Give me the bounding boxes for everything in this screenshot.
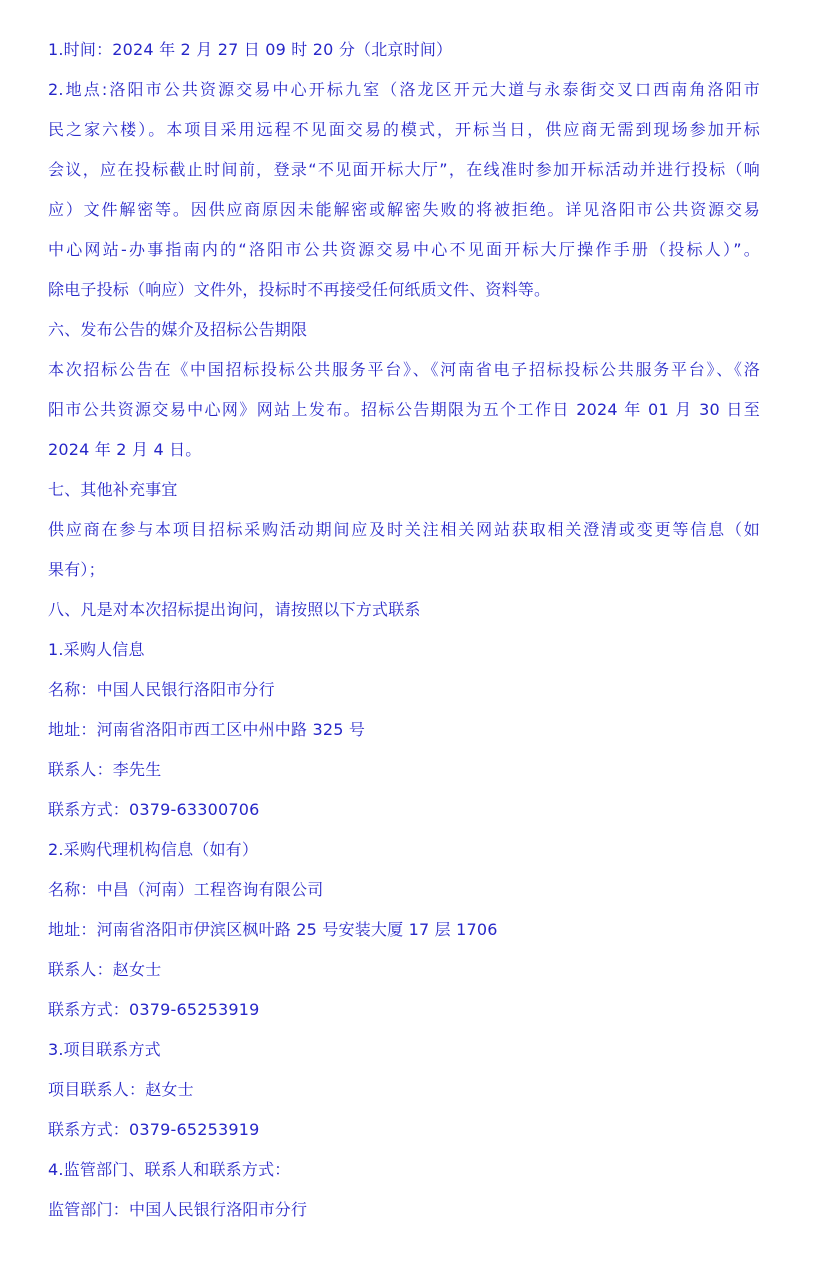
supervision-department: 监管部门：中国人民银行洛阳市分行 xyxy=(48,1190,760,1230)
section-heading-eight: 八、凡是对本次招标提出询问，请按照以下方式联系 xyxy=(48,590,760,630)
paragraph-line: 果有）； xyxy=(48,550,760,590)
project-contact-person: 项目联系人：赵女士 xyxy=(48,1070,760,1110)
document-body: 1.时间：2024 年 2 月 27 日 09 时 20 分（北京时间） 2.地… xyxy=(48,30,760,1230)
subheading-agency-info: 2.采购代理机构信息（如有） xyxy=(48,830,760,870)
purchaser-contact-person: 联系人：李先生 xyxy=(48,750,760,790)
purchaser-address: 地址：河南省洛阳市西工区中州中路 325 号 xyxy=(48,710,760,750)
subheading-project-contact: 3.项目联系方式 xyxy=(48,1030,760,1070)
paragraph-line: 应）文件解密等。因供应商原因未能解密或解密失败的将被拒绝。详见洛阳市公共资源交易 xyxy=(48,190,760,230)
subheading-supervision: 4.监管部门、联系人和联系方式： xyxy=(48,1150,760,1190)
section-heading-six: 六、发布公告的媒介及招标公告期限 xyxy=(48,310,760,350)
opening-location-line: 2.地点:洛阳市公共资源交易中心开标九室（洛龙区开元大道与永泰街交叉口西南角洛阳… xyxy=(48,70,760,110)
project-phone: 联系方式：0379-65253919 xyxy=(48,1110,760,1150)
paragraph-line: 中心网站-办事指南内的“洛阳市公共资源交易中心不见面开标大厅操作手册（投标人）”… xyxy=(48,230,760,270)
paragraph-line: 本次招标公告在《中国招标投标公共服务平台》、《河南省电子招标投标公共服务平台》、… xyxy=(48,350,760,390)
section-heading-seven: 七、其他补充事宜 xyxy=(48,470,760,510)
agency-contact-person: 联系人：赵女士 xyxy=(48,950,760,990)
paragraph-line: 除电子投标（响应）文件外，投标时不再接受任何纸质文件、资料等。 xyxy=(48,270,760,310)
paragraph-line: 供应商在参与本项目招标采购活动期间应及时关注相关网站获取相关澄清或变更等信息（如 xyxy=(48,510,760,550)
subheading-purchaser-info: 1.采购人信息 xyxy=(48,630,760,670)
paragraph-line: 2024 年 2 月 4 日。 xyxy=(48,430,760,470)
opening-time-line: 1.时间：2024 年 2 月 27 日 09 时 20 分（北京时间） xyxy=(48,30,760,70)
purchaser-name: 名称：中国人民银行洛阳市分行 xyxy=(48,670,760,710)
agency-phone: 联系方式：0379-65253919 xyxy=(48,990,760,1030)
agency-address: 地址：河南省洛阳市伊滨区枫叶路 25 号安装大厦 17 层 1706 xyxy=(48,910,760,950)
paragraph-line: 民之家六楼）。本项目采用远程不见面交易的模式，开标当日，供应商无需到现场参加开标 xyxy=(48,110,760,150)
paragraph-line: 会议，应在投标截止时间前，登录“不见面开标大厅”，在线准时参加开标活动并进行投标… xyxy=(48,150,760,190)
agency-name: 名称：中昌（河南）工程咨询有限公司 xyxy=(48,870,760,910)
paragraph-line: 阳市公共资源交易中心网》网站上发布。招标公告期限为五个工作日 2024 年 01… xyxy=(48,390,760,430)
purchaser-phone: 联系方式：0379-63300706 xyxy=(48,790,760,830)
